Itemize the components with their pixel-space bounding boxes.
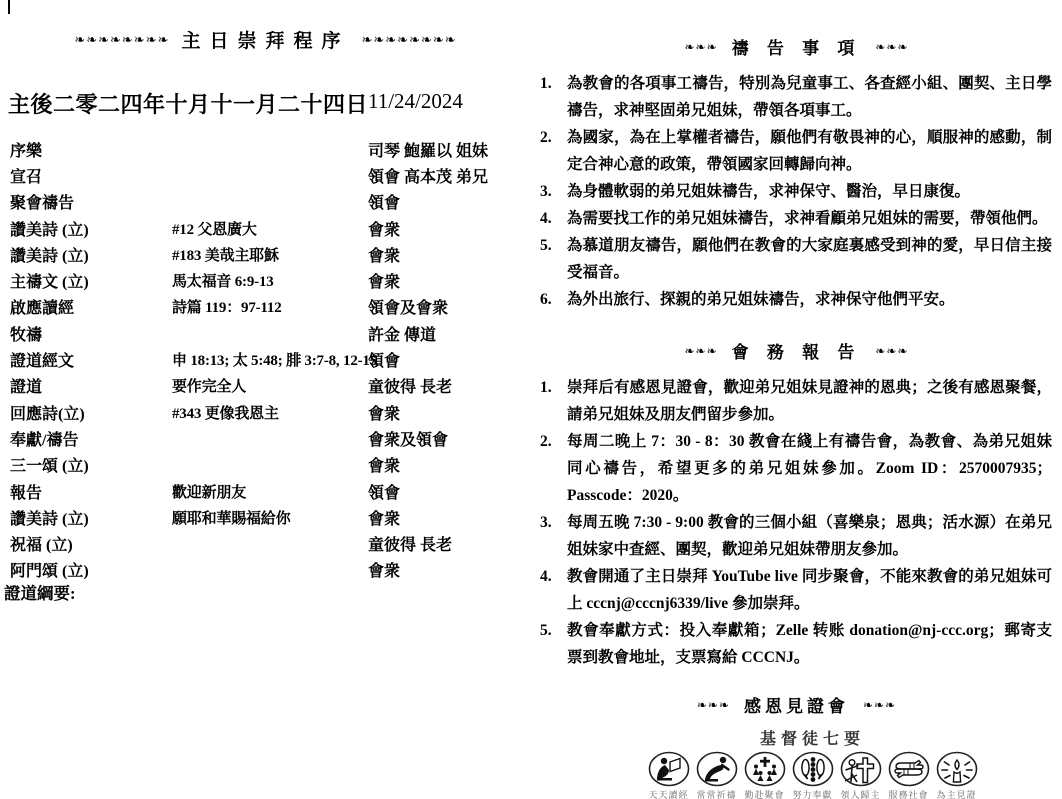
essential-read-bible: 天天讀經	[648, 751, 690, 799]
service-item: 聚會禱告	[10, 190, 172, 213]
service-row: 報告歡迎新朋友領會	[10, 478, 525, 504]
list-item: 5.教會奉獻方式：投入奉獻箱；Zelle 转账 donation@nj-ccc.…	[537, 617, 1052, 671]
service-item: 三一頌 (立)	[10, 453, 172, 476]
service-item: 證道	[10, 374, 172, 397]
gathering-icon	[744, 751, 786, 787]
essential-label: 常常祈禱	[696, 788, 736, 799]
service-item: 報告	[10, 480, 172, 503]
list-item: 5.為慕道朋友禱告，願他們在教會的大家庭裏感受到神的愛，早日信主接受福音。	[537, 232, 1052, 286]
essential-attend-meetings: 勤赴聚會	[744, 751, 786, 799]
list-item: 6.為外出旅行、探親的弟兄姐妹禱告，求神保守他們平安。	[537, 286, 1052, 313]
worship-bulletin-page: ❧❧❧❧❧❧❧❧ 主日崇拜程序 ❧❧❧❧❧❧❧❧ 主後二零二四年十月十一月二十四…	[0, 0, 1062, 799]
item-number: 6.	[537, 286, 567, 313]
service-role: 領會	[368, 348, 525, 371]
service-row: 讚美詩 (立)#12 父恩廣大會衆	[10, 215, 525, 241]
service-detail: 詩篇 119：97-112	[172, 296, 368, 317]
list-item: 2.為國家，為在上掌權者禱告，願他們有敬畏神的心，順服神的感動，制定合神心意的政…	[537, 124, 1052, 178]
service-row: 證道經文申 18:13; 太 5:48; 腓 3:7-8, 12-15領會	[10, 346, 525, 372]
item-text: 為需要找工作的弟兄姐妹禱告，求神看顧弟兄姐妹的需要，帶領他們。	[567, 205, 1052, 232]
service-item: 讚美詩 (立)	[10, 243, 172, 266]
ornament-right-icon: ❧❧❧	[875, 41, 908, 53]
service-row: 阿門頌 (立)會衆	[10, 557, 525, 583]
ornament-right-icon: ❧❧❧❧❧❧❧❧	[362, 33, 457, 46]
list-item: 3.每周五晚 7:30 - 9:00 教會的三個小組（喜樂泉；恩典；活水源）在弟…	[537, 509, 1052, 563]
service-row: 證道要作完全人童彼得 長老	[10, 373, 525, 399]
service-table: 序樂司琴 鮑羅以 姐妹 宣召領會 高本茂 弟兄 聚會禱告領會 讚美詩 (立)#1…	[10, 136, 525, 583]
service-item: 奉獻/禱告	[10, 427, 172, 450]
item-number: 3.	[537, 509, 567, 563]
service-row: 回應詩(立)#343 更像我恩主會衆	[10, 399, 525, 425]
leading-icon	[840, 751, 882, 787]
service-role: 領會及會衆	[368, 295, 525, 318]
essential-label: 天天讀經	[648, 788, 688, 799]
ornament-left-icon: ❧❧❧	[697, 699, 730, 711]
item-number: 4.	[537, 205, 567, 232]
service-role: 許金 傳道	[368, 322, 525, 345]
ornament-left-icon: ❧❧❧❧❧❧❧❧	[74, 33, 169, 46]
service-role: 司琴 鮑羅以 姐妹	[368, 138, 525, 161]
list-item: 1.崇拜后有感恩見證會，歡迎弟兄姐妹見證神的恩典；之後有感恩聚餐，請弟兄姐妹及朋…	[537, 374, 1052, 428]
reading-icon	[648, 751, 690, 787]
service-row: 聚會禱告領會	[10, 189, 525, 215]
item-number: 5.	[537, 232, 567, 286]
date-chinese: 主後二零二四年十月十一月二十四日	[8, 92, 368, 117]
service-detail: #343 更像我恩主	[172, 402, 368, 423]
ornament-right-icon: ❧❧❧	[863, 699, 896, 711]
service-row: 三一頌 (立)會衆	[10, 452, 525, 478]
thanksgiving-testimony-header: ❧❧❧ 感恩見證會 ❧❧❧	[531, 692, 1062, 717]
item-number: 1.	[537, 70, 567, 124]
service-item: 證道經文	[10, 348, 172, 371]
ornament-right-icon: ❧❧❧	[875, 345, 908, 357]
date-row: 主後二零二四年十月十一月二十四日 11/24/2024	[8, 88, 523, 118]
praying-icon	[696, 751, 738, 787]
list-item: 3.為身體軟弱的弟兄姐妹禱告，求神保守、醫治，早日康復。	[537, 178, 1052, 205]
serving-icon	[888, 751, 930, 787]
list-item: 1.為教會的各項事工禱告，特別為兒童事工、各查經小組、團契、主日學禱告，求神堅固…	[537, 70, 1052, 124]
service-detail: 要作完全人	[172, 375, 368, 396]
service-row: 啟應讀經詩篇 119：97-112領會及會衆	[10, 294, 525, 320]
service-role: 會衆	[368, 243, 525, 266]
item-number: 1.	[537, 374, 567, 428]
service-role: 領會	[368, 190, 525, 213]
ornament-left-icon: ❧❧❧	[684, 41, 717, 53]
item-text: 為身體軟弱的弟兄姐妹禱告，求神保守、醫治，早日康復。	[567, 178, 1052, 205]
service-row: 牧禱許金 傳道	[10, 320, 525, 346]
service-role: 會衆	[368, 269, 525, 292]
item-text: 為教會的各項事工禱告，特別為兒童事工、各查經小組、團契、主日學禱告，求神堅固弟兄…	[567, 70, 1052, 124]
service-role: 領會	[368, 480, 525, 503]
item-number: 2.	[537, 428, 567, 509]
service-detail: 歡迎新朋友	[172, 481, 368, 502]
service-item: 主禱文 (立)	[10, 269, 172, 292]
list-item: 4.為需要找工作的弟兄姐妹禱告，求神看顧弟兄姐妹的需要，帶領他們。	[537, 205, 1052, 232]
essential-serve-society: 服務社會	[888, 751, 930, 799]
list-item: 4.教會開通了主日崇拜 YouTube live 同步聚會，不能來教會的弟兄姐妹…	[537, 563, 1052, 617]
service-item: 讚美詩 (立)	[10, 506, 172, 529]
service-item: 宣召	[10, 164, 172, 187]
service-row: 主禱文 (立)馬太福音 6:9-13會衆	[10, 267, 525, 293]
service-item: 序樂	[10, 138, 172, 161]
item-number: 2.	[537, 124, 567, 178]
thanksgiving-testimony-title: 感恩見證會	[744, 692, 849, 717]
essential-label: 為主見證	[936, 788, 976, 799]
service-role: 會衆	[368, 453, 525, 476]
service-item: 讚美詩 (立)	[10, 217, 172, 240]
essential-label: 努力奉獻	[792, 788, 832, 799]
item-text: 為慕道朋友禱告，願他們在教會的大家庭裏感受到神的愛，早日信主接受福音。	[567, 232, 1052, 286]
service-role: 會衆	[368, 401, 525, 424]
service-row: 祝福 (立)童彼得 長老	[10, 530, 525, 556]
service-detail: 申 18:13; 太 5:48; 腓 3:7-8, 12-15	[172, 349, 368, 370]
church-report-header: ❧❧❧ 會 務 報 告 ❧❧❧	[531, 338, 1062, 363]
service-item: 祝福 (立)	[10, 532, 172, 555]
sermon-outline-label: 證道綱要:	[4, 580, 76, 604]
essential-label: 服務社會	[888, 788, 928, 799]
prayer-items-header: ❧❧❧ 禱 告 事 項 ❧❧❧	[531, 34, 1062, 59]
service-detail: 願耶和華賜福給你	[172, 507, 368, 528]
service-order-column: ❧❧❧❧❧❧❧❧ 主日崇拜程序 ❧❧❧❧❧❧❧❧ 主後二零二四年十月十一月二十四…	[0, 0, 531, 799]
service-role: 會衆	[368, 506, 525, 529]
announcements-column: ❧❧❧ 禱 告 事 項 ❧❧❧ 1.為教會的各項事工禱告，特別為兒童事工、各查經…	[531, 0, 1062, 799]
ornament-left-icon: ❧❧❧	[684, 345, 717, 357]
seven-essentials-title: 基督徒七要	[648, 726, 978, 749]
list-item: 2.每周二晚上 7：30 - 8：30 教會在綫上有禱告會，為教會、為弟兄姐妹同…	[537, 428, 1052, 509]
item-text: 崇拜后有感恩見證會，歡迎弟兄姐妹見證神的恩典；之後有感恩聚餐，請弟兄姐妹及朋友們…	[567, 374, 1052, 428]
service-role: 童彼得 長老	[368, 532, 525, 555]
service-role: 童彼得 長老	[368, 374, 525, 397]
essential-lead-to-christ: 領人歸主	[840, 751, 882, 799]
essential-label: 勤赴聚會	[744, 788, 784, 799]
service-item: 阿門頌 (立)	[10, 558, 172, 581]
service-detail: #12 父恩廣大	[172, 218, 368, 239]
essential-witness: 為主見證	[936, 751, 978, 799]
item-text: 教會奉獻方式：投入奉獻箱；Zelle 转账 donation@nj-ccc.or…	[567, 617, 1052, 671]
item-text: 教會開通了主日崇拜 YouTube live 同步聚會，不能來教會的弟兄姐妹可上…	[567, 563, 1052, 617]
service-row: 宣召領會 高本茂 弟兄	[10, 162, 525, 188]
service-row: 序樂司琴 鮑羅以 姐妹	[10, 136, 525, 162]
item-number: 4.	[537, 563, 567, 617]
page-title: 主日崇拜程序	[181, 26, 349, 53]
service-row: 奉獻/禱告會衆及領會	[10, 425, 525, 451]
service-detail: 馬太福音 6:9-13	[172, 270, 368, 291]
prayer-items-list: 1.為教會的各項事工禱告，特別為兒童事工、各查經小組、團契、主日學禱告，求神堅固…	[537, 70, 1052, 313]
item-number: 3.	[537, 178, 567, 205]
item-text: 為外出旅行、探親的弟兄姐妹禱告，求神保守他們平安。	[567, 286, 1052, 313]
essential-offering: 努力奉獻	[792, 751, 834, 799]
service-role: 領會 高本茂 弟兄	[368, 164, 525, 187]
service-order-header: ❧❧❧❧❧❧❧❧ 主日崇拜程序 ❧❧❧❧❧❧❧❧	[0, 26, 531, 53]
service-role: 會衆	[368, 217, 525, 240]
essential-pray: 常常祈禱	[696, 751, 738, 799]
service-detail: #183 美哉主耶穌	[172, 244, 368, 265]
item-number: 5.	[537, 617, 567, 671]
offering-icon	[792, 751, 834, 787]
witness-icon	[936, 751, 978, 787]
service-role: 會衆	[368, 558, 525, 581]
service-item: 牧禱	[10, 322, 172, 345]
service-item: 啟應讀經	[10, 295, 172, 318]
service-role: 會衆及領會	[368, 427, 525, 450]
seven-essentials-icons: 天天讀經 常常祈禱 勤赴聚會	[648, 751, 978, 799]
essential-label: 領人歸主	[840, 788, 880, 799]
item-text: 為國家，為在上掌權者禱告，願他們有敬畏神的心，順服神的感動，制定合神心意的政策，…	[567, 124, 1052, 178]
item-text: 每周二晚上 7：30 - 8：30 教會在綫上有禱告會，為教會、為弟兄姐妹同心禱…	[567, 428, 1052, 509]
service-item: 回應詩(立)	[10, 401, 172, 424]
church-report-list: 1.崇拜后有感恩見證會，歡迎弟兄姐妹見證神的恩典；之後有感恩聚餐，請弟兄姐妹及朋…	[537, 374, 1052, 671]
prayer-items-title: 禱 告 事 項	[732, 34, 862, 59]
service-row: 讚美詩 (立)願耶和華賜福給你會衆	[10, 504, 525, 530]
service-row: 讚美詩 (立)#183 美哉主耶穌會衆	[10, 241, 525, 267]
church-report-title: 會 務 報 告	[732, 338, 862, 363]
item-text: 每周五晚 7:30 - 9:00 教會的三個小組（喜樂泉；恩典；活水源）在弟兄姐…	[567, 509, 1052, 563]
date-english: 11/24/2024	[368, 89, 463, 114]
seven-essentials-logo: 基督徒七要 天天讀經 常常祈禱	[648, 726, 978, 799]
